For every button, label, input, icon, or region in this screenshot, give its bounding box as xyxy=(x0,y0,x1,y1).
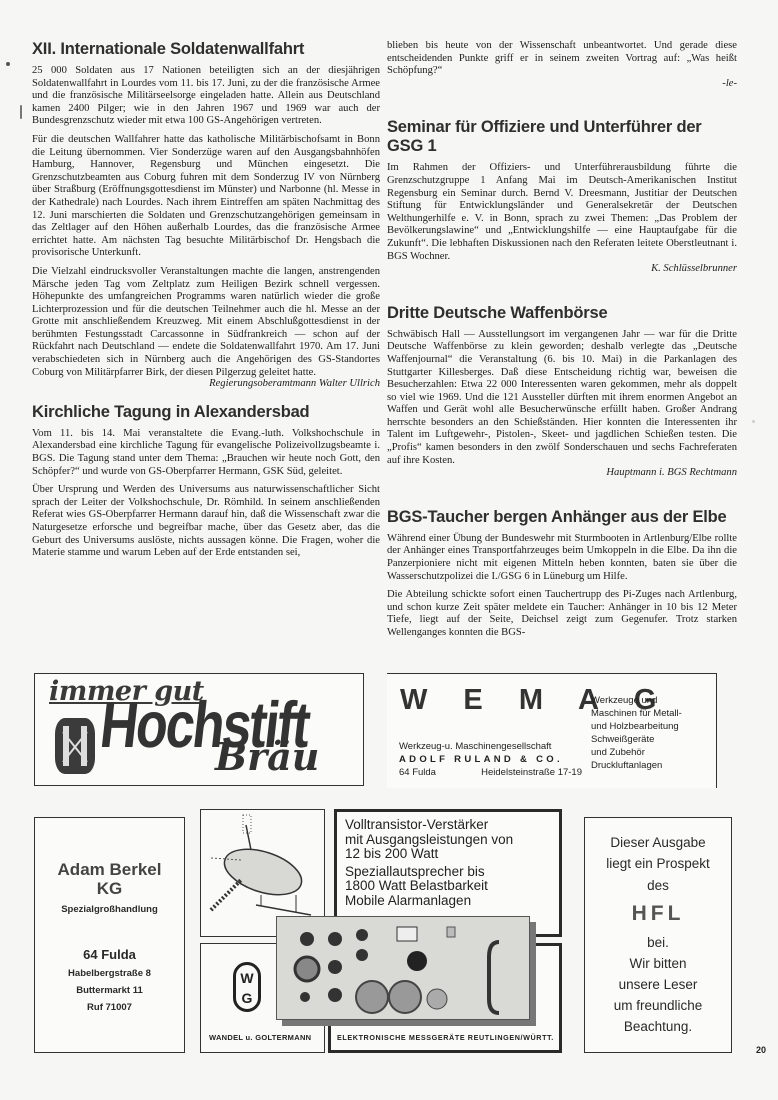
ad-berkel-kg: KG xyxy=(35,879,184,898)
scan-speck xyxy=(20,105,22,119)
article-title: Kirchliche Tagung in Alexandersbad xyxy=(32,403,380,422)
article-paragraph: Vom 11. bis 14. Mai veranstaltete die Ev… xyxy=(32,428,380,478)
article-paragraph: 25 000 Soldaten aus 17 Nationen beteilig… xyxy=(32,65,380,128)
ad-wemag-product: Schweißgeräte xyxy=(591,733,682,746)
ad-hfl-line: um freundliche xyxy=(585,997,731,1014)
ad-wemag-products: Werkzeuge und Maschinen für Metall- und … xyxy=(591,694,682,772)
scan-speck xyxy=(6,62,10,66)
scan-speck xyxy=(752,420,755,423)
ad-berkel-name: Adam Berkel xyxy=(35,860,184,879)
article-title: Dritte Deutsche Waffenbörse xyxy=(387,304,737,323)
article-title: Seminar für Offiziere und Unterführer de… xyxy=(387,118,737,156)
ad-hfl-line: des xyxy=(585,877,731,894)
ad-wandel-headline: Volltransistor-Verstärker xyxy=(345,818,551,833)
ad-hfl-line: unsere Leser xyxy=(585,976,731,993)
article-kirchliche-tagung: Kirchliche Tagung in Alexandersbad Vom 1… xyxy=(32,403,380,560)
article-title: BGS-Taucher bergen Anhänger aus der Elbe xyxy=(387,508,737,527)
article-paragraph: Während einer Übung der Bundeswehr mit S… xyxy=(387,533,737,583)
ad-wandel-headline: mit Ausgangsleistungen von xyxy=(345,833,551,848)
ad-berkel-phone: Ruf 71007 xyxy=(35,1002,184,1013)
ad-wemag: W E M A G Werkzeug-u. Maschinengesellsch… xyxy=(387,673,717,788)
article-title: XII. Internationale Soldatenwallfahrt xyxy=(32,40,380,59)
article-seminar: Seminar für Offiziere und Unterführer de… xyxy=(387,118,737,275)
ad-wemag-product: und Holzbearbeitung xyxy=(591,720,682,733)
ad-brand-braeu: Bräu xyxy=(215,734,319,779)
ad-wandel-goltermann: Volltransistor-Verstärker mit Ausgangsle… xyxy=(200,809,562,1053)
page-number: 20 xyxy=(756,1045,766,1055)
article-author: Regierungsoberamtmann Walter Ullrich xyxy=(32,378,380,391)
ad-hfl-line: Wir bitten xyxy=(585,955,731,972)
article-paragraph: Im Rahmen der Offiziers- und Unterführer… xyxy=(387,162,737,263)
wg-logo-letter: W xyxy=(236,968,258,988)
article-soldatenwallfahrt: XII. Internationale Soldatenwallfahrt 25… xyxy=(32,40,380,391)
article-paragraph: Für die deutschen Wallfahrer hatte das k… xyxy=(32,134,380,260)
article-author: -le- xyxy=(387,78,737,91)
ad-wemag-product: Werkzeuge und xyxy=(591,694,682,707)
amplifier-device-icon xyxy=(276,916,530,1020)
ad-wemag-street: Heidelsteinstraße 17-19 xyxy=(481,766,582,779)
ad-hfl-brand: HFL xyxy=(585,902,731,926)
ad-berkel-address2: Buttermarkt 11 xyxy=(35,985,184,996)
article-paragraph: Die Vielzahl eindrucksvoller Veranstaltu… xyxy=(32,266,380,379)
article-kirchliche-tagung-continued: blieben bis heute von der Wissenschaft u… xyxy=(387,40,737,90)
article-author: K. Schlüsselbrunner xyxy=(387,263,737,276)
ad-wemag-product: Maschinen für Metall- xyxy=(591,707,682,720)
ad-wandel-company: WANDEL u. GOLTERMANN xyxy=(209,1033,311,1042)
ad-wandel-subline: Mobile Alarmanlagen xyxy=(345,894,551,909)
article-author: Hauptmann i. BGS Rechtmann xyxy=(387,467,737,480)
article-paragraph: Schwäbisch Hall — Ausstellungsort im ver… xyxy=(387,329,737,468)
article-paragraph: Die Abteilung schickte sofort einen Tauc… xyxy=(387,589,737,639)
ad-wemag-company-line: Werkzeug-u. Maschinengesellschaft xyxy=(399,740,584,753)
right-column: blieben bis heute von der Wissenschaft u… xyxy=(387,40,737,646)
ad-wemag-product: Druckluftanlagen xyxy=(591,759,682,772)
ad-berkel-subtitle: Spezialgroßhandlung xyxy=(35,904,184,915)
article-taucher: BGS-Taucher bergen Anhänger aus der Elbe… xyxy=(387,508,737,640)
ad-wemag-city: 64 Fulda xyxy=(399,766,436,779)
ad-hfl-line: bei. xyxy=(585,934,731,951)
crest-icon xyxy=(55,718,95,774)
ad-berkel-city: 64 Fulda xyxy=(35,947,184,962)
magazine-page: XII. Internationale Soldatenwallfahrt 25… xyxy=(0,0,778,1100)
ad-wemag-company-name: ADOLF RULAND & CO. xyxy=(399,753,584,766)
ad-hfl-prospekt: Dieser Ausgabe liegt ein Prospekt des HF… xyxy=(584,817,732,1053)
ad-wandel-headline: 12 bis 200 Watt xyxy=(345,847,551,862)
ad-wandel-tagline: ELEKTRONISCHE MESSGERÄTE REUTLINGEN/WÜRT… xyxy=(337,1033,554,1042)
ad-wandel-subline: Speziallautsprecher bis xyxy=(345,865,551,880)
ad-adam-berkel: Adam Berkel KG Spezialgroßhandlung 64 Fu… xyxy=(34,817,185,1053)
wg-logo-letter: G xyxy=(236,988,258,1008)
article-paragraph: Über Ursprung und Werden des Universums … xyxy=(32,484,380,560)
ad-wemag-product: und Zubehör xyxy=(591,746,682,759)
ad-wandel-subline: 1800 Watt Belastbarkeit xyxy=(345,879,551,894)
ad-hfl-line: liegt ein Prospekt xyxy=(585,855,731,872)
wg-logo-icon: W G xyxy=(233,962,261,1012)
article-waffenboerse: Dritte Deutsche Waffenbörse Schwäbisch H… xyxy=(387,304,737,480)
ad-hfl-line: Beachtung. xyxy=(585,1018,731,1035)
left-column: XII. Internationale Soldatenwallfahrt 25… xyxy=(32,40,380,566)
ad-hfl-line: Dieser Ausgabe xyxy=(585,834,731,851)
ad-berkel-address1: Habelbergstraße 8 xyxy=(35,968,184,979)
article-paragraph: blieben bis heute von der Wissenschaft u… xyxy=(387,40,737,78)
ad-hochstift-braeu: immer gut Hochstift Bräu xyxy=(34,673,364,786)
